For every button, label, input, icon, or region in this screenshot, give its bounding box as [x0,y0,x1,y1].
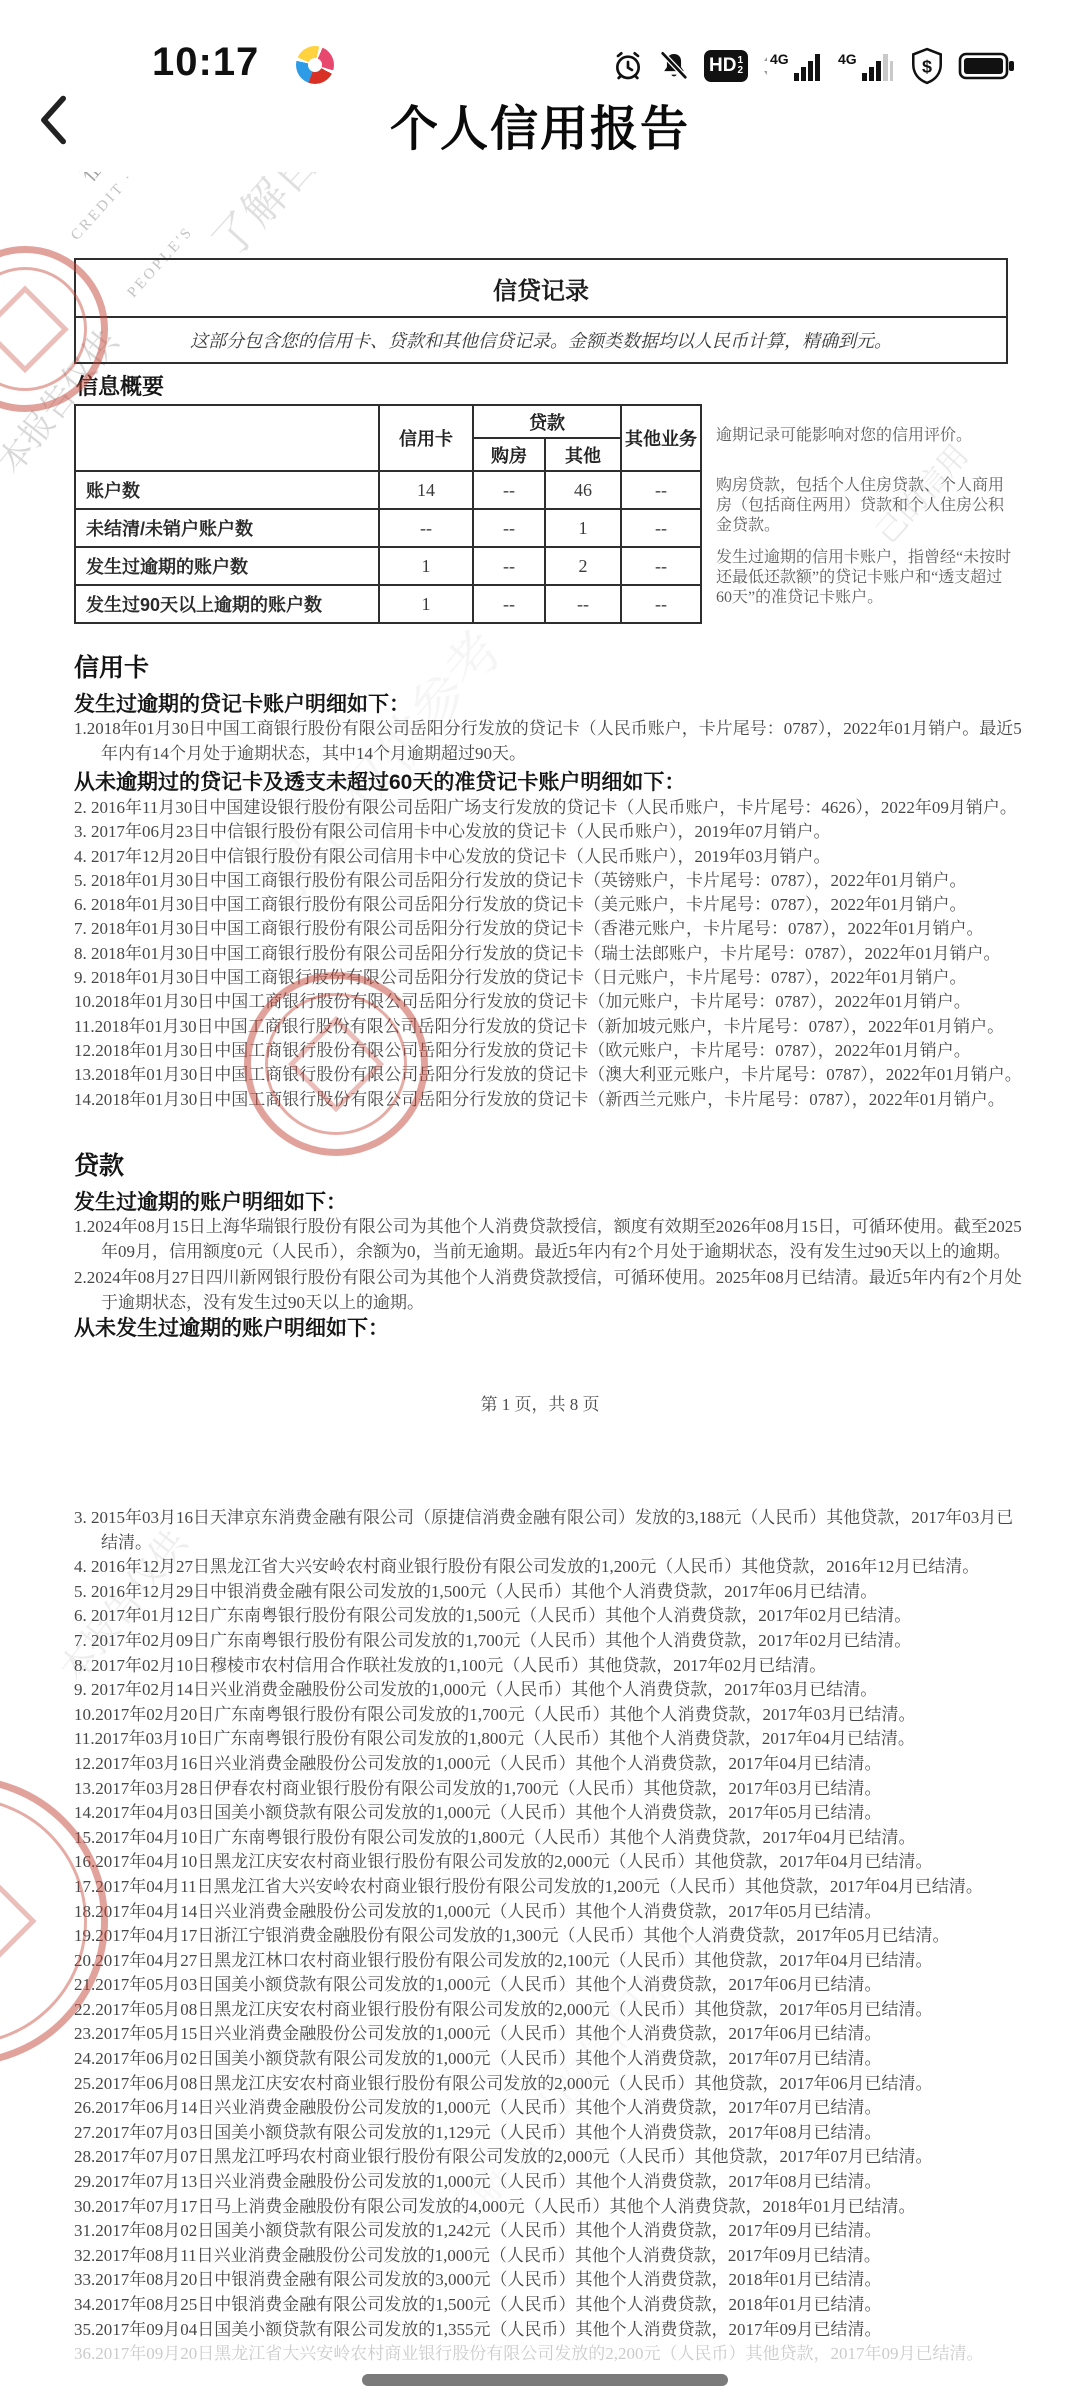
cell-value: 2 [545,547,621,585]
cell-value: 1 [545,509,621,547]
cc-account-list: 2. 2016年11月30日中国建设银行股份有限公司岳阳广场支行发放的贷记卡（人… [74,796,1026,1112]
loan-normal-heading: 从未发生过逾期的账户明细如下： [74,1312,389,1342]
list-item: 6. 2017年01月12日广东南粤银行股份有限公司发放的1,500元（人民币）… [74,1604,1026,1629]
summary-table: 信用卡 贷款 其他业务 购房 其他 账户数 14 -- 46 -- 未结清/未销… [74,404,702,624]
list-item: 21.2017年05月03日国美小额贷款有限公司发放的1,000元（人民币）其他… [74,1973,1026,1998]
column-loan-house: 购房 [473,438,545,471]
list-item: 35.2017年09月04日国美小额贷款有限公司发放的1,355元（人民币）其他… [74,2318,1026,2343]
list-item: 12.2017年03月16日兴业消费金融股份公司发放的1,000元（人民币）其他… [74,1752,1026,1777]
cell-value: -- [621,471,701,509]
list-item: 3. 2015年03月16日天津京东消费金融有限公司（原捷信消费金融有限公司）发… [74,1506,1026,1555]
list-item: 28.2017年07月07日黑龙江呼玛农村商业银行股份有限公司发放的2,000元… [74,2145,1026,2170]
cell-value: 46 [545,471,621,509]
credit-record-title: 信贷记录 [76,260,1006,318]
list-item: 5. 2016年12月29日中银消费金融有限公司发放的1,500元（人民币）其他… [74,1580,1026,1605]
list-item: 7. 2017年02月09日广东南粤银行股份有限公司发放的1,700元（人民币）… [74,1629,1026,1654]
list-item: 36.2017年09月20日黑龙江省大兴安岭农村商业银行股份有限公司发放的2,2… [74,2342,1026,2367]
app-bar: 个人信用报告 [0,88,1080,172]
list-item: 4. 2017年12月20日中信银行股份有限公司信用卡中心发放的贷记卡（人民币账… [74,845,1026,869]
list-item: 31.2017年08月02日国美小额贷款有限公司发放的1,242元（人民币）其他… [74,2219,1026,2244]
row-label: 发生过逾期的账户数 [75,547,379,585]
list-item: 16.2017年04月10日黑龙江庆安农村商业银行股份有限公司发放的2,000元… [74,1850,1026,1875]
side-note: 购房贷款，包括个人住房贷款、个人商用房（包括商住两用）贷款和个人住房公积金贷款。 [716,476,1016,536]
list-item: 24.2017年06月02日国美小额贷款有限公司发放的1,000元（人民币）其他… [74,2047,1026,2072]
loan-account-list-page2[interactable]: 3. 2015年03月16日天津京东消费金融有限公司（原捷信消费金融有限公司）发… [74,1506,1026,2367]
list-item: 11.2017年03月10日广东南粤银行股份有限公司发放的1,800元（人民币）… [74,1727,1026,1752]
cell-value: -- [545,585,621,623]
column-loan: 贷款 [473,405,621,438]
column-loan-other: 其他 [545,438,621,471]
list-item: 4. 2016年12月27日黑龙江省大兴安岭农村商业银行股份有限公司发放的1,2… [74,1555,1026,1580]
column-other-business: 其他业务 [621,405,701,471]
cell-value: 1 [379,547,473,585]
list-item: 2. 2016年11月30日中国建设银行股份有限公司岳阳广场支行发放的贷记卡（人… [74,796,1026,820]
cell-value: -- [473,509,545,547]
list-item: 17.2017年04月11日黑龙江省大兴安岭农村商业银行股份有限公司发放的1,2… [74,1875,1026,1900]
alarm-icon [612,50,644,82]
list-item: 26.2017年06月14日兴业消费金融股份公司发放的1,000元（人民币）其他… [74,2096,1026,2121]
table-row: 发生过90天以上逾期的账户数 1 -- -- -- [75,585,701,623]
list-item: 9. 2017年02月14日兴业消费金融股份公司发放的1,000元（人民币）其他… [74,1678,1026,1703]
cell-value: -- [379,509,473,547]
list-item: 32.2017年08月11日兴业消费金融股份公司发放的1,000元（人民币）其他… [74,2244,1026,2269]
signal-4g-icon-2: 4G [838,49,896,83]
side-note: 逾期记录可能影响对您的信用评价。 [716,426,1016,446]
list-item: 2.2024年08月27日四川新网银行股份有限公司为其他个人消费贷款授信，可循环… [74,1265,1026,1316]
list-item: 7. 2018年01月30日中国工商银行股份有限公司岳阳分行发放的贷记卡（香港元… [74,917,1026,941]
credit-card-section-heading: 信用卡 [74,648,149,684]
list-item: 23.2017年05月15日兴业消费金融股份公司发放的1,000元（人民币）其他… [74,2022,1026,2047]
cc-overdue-heading: 发生过逾期的贷记卡账户明细如下： [74,688,410,718]
home-indicator[interactable] [362,2374,728,2386]
list-item: 22.2017年05月08日黑龙江庆安农村商业银行股份有限公司发放的2,000元… [74,1998,1026,2023]
list-item: 25.2017年06月08日黑龙江庆安农村商业银行股份有限公司发放的2,000元… [74,2072,1026,2097]
phone-screen: 10:17 HD 12 4G [0,0,1080,2400]
hd-volte-icon: HD 12 [704,50,748,82]
svg-text:4G: 4G [838,51,857,67]
list-item: 20.2017年04月27日黑龙江林口农村商业银行股份有限公司发放的2,100元… [74,1949,1026,1974]
cell-value: 14 [379,471,473,509]
credit-record-box: 信贷记录 这部分包含您的信用卡、贷款和其他信贷记录。金额类数据均以人民币计算，精… [74,258,1008,364]
signal-4g-icon-1: 4G [762,49,824,83]
app-logo-icon [296,46,334,84]
list-item: 1.2018年01月30日中国工商银行股份有限公司岳阳分行发放的贷记卡（人民币账… [74,716,1026,766]
list-item: 14.2018年01月30日中国工商银行股份有限公司岳阳分行发放的贷记卡（新西兰… [74,1088,1026,1112]
list-item: 12.2018年01月30日中国工商银行股份有限公司岳阳分行发放的贷记卡（欧元账… [74,1039,1026,1063]
status-bar: 10:17 HD 12 4G [0,0,1080,92]
status-icons: HD 12 4G 4G $ [612,46,1016,86]
loan-section-heading: 贷款 [74,1146,124,1182]
list-item: 27.2017年07月03日国美小额贷款有限公司发放的1,129元（人民币）其他… [74,2121,1026,2146]
battery-icon [958,51,1016,81]
list-item: 15.2017年04月10日广东南粤银行股份有限公司发放的1,800元（人民币）… [74,1826,1026,1851]
summary-heading: 信息概要 [76,370,164,401]
list-item: 14.2017年04月03日国美小额贷款有限公司发放的1,000元（人民币）其他… [74,1801,1026,1826]
cell-value: -- [621,585,701,623]
row-label: 未结清/未销户账户数 [75,509,379,547]
table-row: 未结清/未销户账户数 -- -- 1 -- [75,509,701,547]
list-item: 18.2017年04月14日兴业消费金融股份公司发放的1,000元（人民币）其他… [74,1900,1026,1925]
list-item: 11.2018年01月30日中国工商银行股份有限公司岳阳分行发放的贷记卡（新加坡… [74,1015,1026,1039]
empty-corner-cell [75,405,379,471]
list-item: 13.2017年03月28日伊春农村商业银行股份有限公司发放的1,700元（人民… [74,1777,1026,1802]
list-item: 10.2017年02月20日广东南粤银行股份有限公司发放的1,700元（人民币）… [74,1703,1026,1728]
loan-overdue-list: 1.2024年08月15日上海华瑞银行股份有限公司为其他个人消费贷款授信，额度有… [74,1214,1026,1316]
row-label: 账户数 [75,471,379,509]
column-credit-card: 信用卡 [379,405,473,471]
list-item: 3. 2017年06月23日中信银行股份有限公司信用卡中心发放的贷记卡（人民币账… [74,820,1026,844]
list-item: 29.2017年07月13日兴业消费金融股份公司发放的1,000元（人民币）其他… [74,2170,1026,2195]
page-indicator: 第 1 页，共 8 页 [0,1390,1080,1415]
cell-value: 1 [379,585,473,623]
list-item: 30.2017年07月17日马上消费金融股份有限公司发放的4,000元（人民币）… [74,2195,1026,2220]
row-label: 发生过90天以上逾期的账户数 [75,585,379,623]
cell-value: -- [473,471,545,509]
list-item: 34.2017年08月25日中银消费金融有限公司发放的1,500元（人民币）其他… [74,2293,1026,2318]
list-item: 8. 2018年01月30日中国工商银行股份有限公司岳阳分行发放的贷记卡（瑞士法… [74,942,1026,966]
list-item: 9. 2018年01月30日中国工商银行股份有限公司岳阳分行发放的贷记卡（日元账… [74,966,1026,990]
list-item: 1.2024年08月15日上海华瑞银行股份有限公司为其他个人消费贷款授信，额度有… [74,1214,1026,1265]
cell-value: -- [473,585,545,623]
cell-value: -- [621,547,701,585]
list-item: 33.2017年08月20日中银消费金融有限公司发放的3,000元（人民币）其他… [74,2268,1026,2293]
list-item: 13.2018年01月30日中国工商银行股份有限公司岳阳分行发放的贷记卡（澳大利… [74,1063,1026,1087]
cell-value: -- [621,509,701,547]
list-item: 6. 2018年01月30日中国工商银行股份有限公司岳阳分行发放的贷记卡（美元账… [74,893,1026,917]
watermark-text: CREDIT · [68,169,139,245]
list-item: 5. 2018年01月30日中国工商银行股份有限公司岳阳分行发放的贷记卡（英镑账… [74,869,1026,893]
table-row: 账户数 14 -- 46 -- [75,471,701,509]
clock-time: 10:17 [152,40,259,85]
table-row: 发生过逾期的账户数 1 -- 2 -- [75,547,701,585]
cc-normal-heading: 从未逾期过的贷记卡及透支未超过60天的准贷记卡账户明细如下： [74,766,685,796]
list-item: 8. 2017年02月10日穆棱市农村信用合作联社发放的1,100元（人民币）其… [74,1654,1026,1679]
side-note: 发生过逾期的信用卡账户，指曾经“未按时还最低还款额”的贷记卡账户和“透支超过60… [716,548,1016,608]
dollar-glyph: $ [922,56,932,76]
wallet-shield-icon: $ [910,47,944,85]
mute-bell-icon [658,50,690,82]
loan-overdue-heading: 发生过逾期的账户明细如下： [74,1186,347,1216]
svg-text:4G: 4G [770,51,789,67]
list-item: 10.2018年01月30日中国工商银行股份有限公司岳阳分行发放的贷记卡（加元账… [74,990,1026,1014]
cell-value: -- [473,547,545,585]
list-item: 19.2017年04月17日浙江宁银消费金融股份有限公司发放的1,300元（人民… [74,1924,1026,1949]
cc-overdue-list: 1.2018年01月30日中国工商银行股份有限公司岳阳分行发放的贷记卡（人民币账… [74,716,1026,766]
credit-record-description: 这部分包含您的信用卡、贷款和其他信贷记录。金额类数据均以人民币计算，精确到元。 [76,318,1006,362]
page-title: 个人信用报告 [0,90,1080,159]
